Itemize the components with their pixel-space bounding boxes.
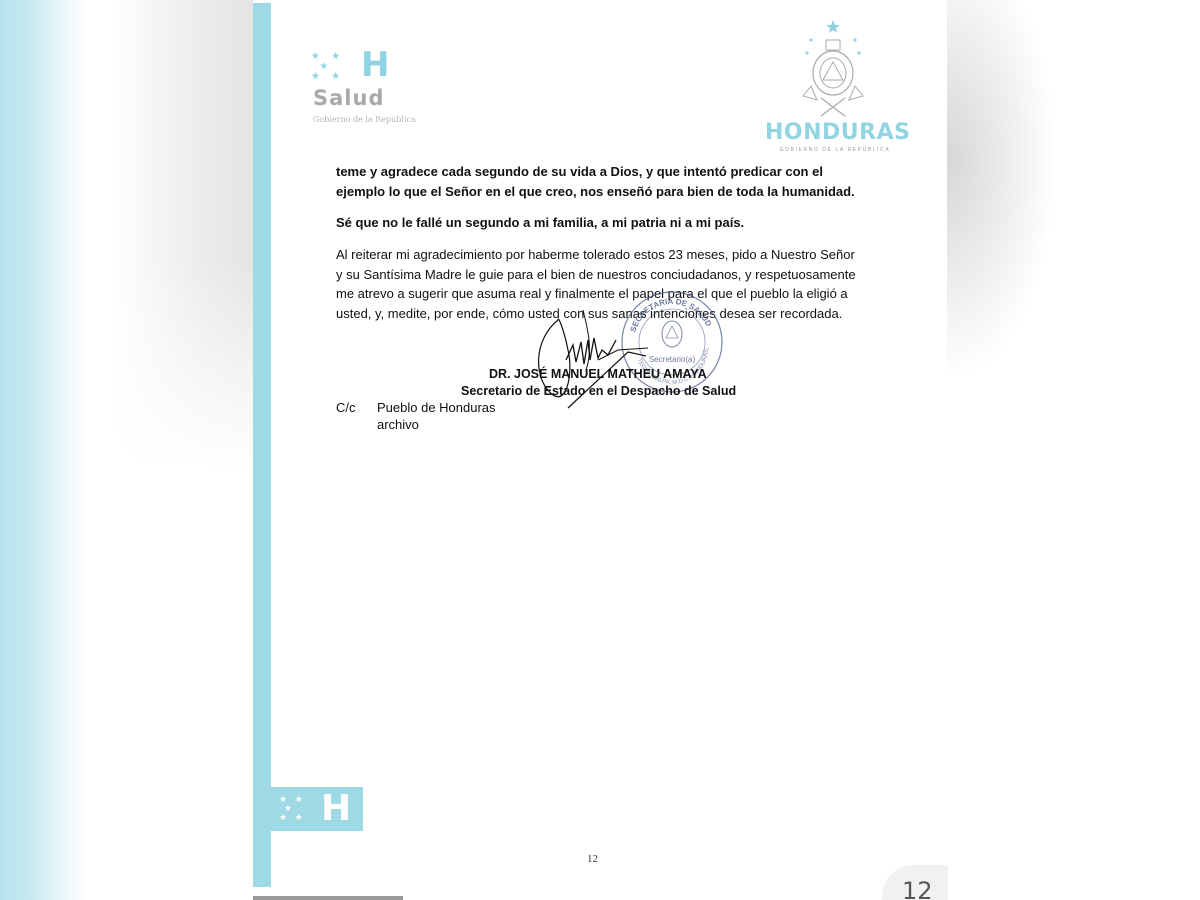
page-indicator-text: 12 bbox=[902, 877, 933, 900]
page-number: 12 bbox=[587, 853, 598, 865]
bottom-rule bbox=[253, 896, 403, 900]
honduras-logo-subtitle: GOBIERNO DE LA REPÚBLICA bbox=[765, 147, 905, 153]
background-left-shade bbox=[85, 0, 255, 900]
coat-of-arms-icon bbox=[797, 18, 869, 118]
honduras-logo-name: HONDURAS bbox=[765, 120, 905, 145]
salud-logo-name: Salud bbox=[313, 86, 384, 110]
stars-icon: ★ ★ ★★ ★ bbox=[279, 795, 319, 825]
stars-icon: ★ ★ ★★ ★ bbox=[311, 52, 356, 82]
cc-label: C/c bbox=[336, 400, 356, 415]
signatory-title: Secretario de Estado en el Despacho de S… bbox=[461, 384, 736, 398]
paragraph-2: Sé que no le fallé un segundo a mi famil… bbox=[336, 213, 856, 233]
document-page: ★ ★ ★★ ★ H ★ ★ ★★ ★ H Salud Gobierno de … bbox=[253, 0, 947, 900]
honduras-logo: HONDURAS GOBIERNO DE LA REPÚBLICA bbox=[765, 18, 905, 158]
signatory-name: DR. JOSÉ MANUEL MATHEU AMAYA bbox=[489, 367, 707, 381]
background-right bbox=[947, 0, 1200, 900]
cc-recipient: Pueblo de Honduras bbox=[377, 400, 496, 415]
salud-logo-letter: H bbox=[361, 47, 389, 83]
side-stripe bbox=[253, 3, 271, 887]
cc-recipient: archivo bbox=[377, 417, 419, 432]
salud-logo-subtitle: Gobierno de la República bbox=[313, 115, 416, 124]
flag-letter: H bbox=[321, 790, 351, 828]
paragraph-1: teme y agradece cada segundo de su vida … bbox=[336, 162, 856, 202]
footer-flag-logo: ★ ★ ★★ ★ H bbox=[271, 787, 363, 831]
salud-logo: ★ ★ ★★ ★ H Salud Gobierno de la Repúblic… bbox=[311, 50, 431, 130]
